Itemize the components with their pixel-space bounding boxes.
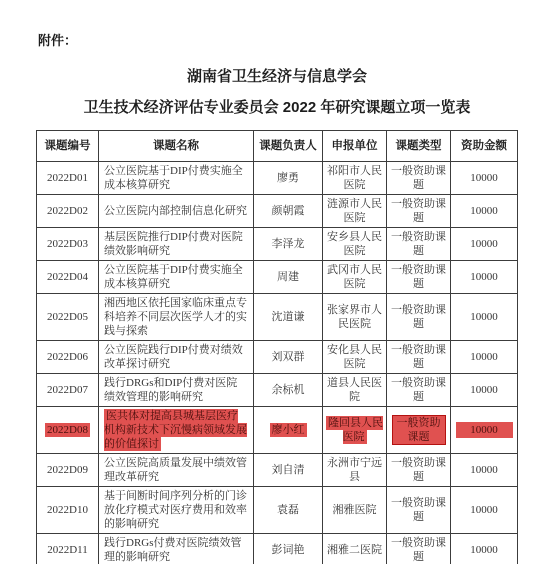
table-row: 2022D07 践行DRGs和DIP付费对医院绩效管理的影响研究 余标机 道县人… <box>37 374 518 407</box>
cell-project-leader: 颜朝霞 <box>254 195 323 228</box>
table-row: 2022D04 公立医院基于DIP付费实施全成本核算研究 周建 武冈市人民医院 … <box>37 261 518 294</box>
cell-applicant-unit: 安乡县人民医院 <box>323 228 387 261</box>
cell-applicant-unit: 安化县人民医院 <box>323 341 387 374</box>
cell-project-leader: 彭词艳 <box>254 534 323 564</box>
cell-applicant-unit: 湘雅二医院 <box>323 534 387 564</box>
cell-applicant-unit: 祁阳市人民医院 <box>323 162 387 195</box>
red-highlight: 2022D08 <box>45 423 90 437</box>
project-approval-table: 课题编号 课题名称 课题负责人 申报单位 课题类型 资助金额 2022D01 公… <box>36 130 518 564</box>
cell-applicant-unit: 武冈市人民医院 <box>323 261 387 294</box>
table-row-highlighted: 2022D08 医共体对提高县城基层医疗机构新技术下沉慢病领域发展的价值探讨 廖… <box>37 407 518 454</box>
cell-project-name: 公立医院基于DIP付费实施全成本核算研究 <box>99 162 254 195</box>
cell-applicant-unit: 张家界市人民医院 <box>323 294 387 341</box>
document-title-main: 卫生技术经济评估专业委员会 2022 年研究课题立项一览表 <box>0 96 554 117</box>
cell-project-type: 一般资助课题 <box>387 261 451 294</box>
header-project-name: 课题名称 <box>99 131 254 162</box>
red-highlight: 10000 <box>456 422 513 438</box>
cell-project-leader: 袁磊 <box>254 487 323 534</box>
cell-project-type: 一般资助课题 <box>387 374 451 407</box>
attachment-label: 附件： <box>38 30 554 49</box>
cell-project-id: 2022D05 <box>37 294 99 341</box>
cell-project-leader: 沈道谦 <box>254 294 323 341</box>
red-highlight: 隆回县人民医院 <box>326 416 383 444</box>
cell-fund-amount: 10000 <box>451 228 518 261</box>
cell-project-id: 2022D03 <box>37 228 99 261</box>
cell-project-id: 2022D07 <box>37 374 99 407</box>
cell-fund-amount: 10000 <box>451 534 518 564</box>
header-project-id: 课题编号 <box>37 131 99 162</box>
header-applicant-unit: 申报单位 <box>323 131 387 162</box>
cell-project-name: 医共体对提高县城基层医疗机构新技术下沉慢病领域发展的价值探讨 <box>99 407 254 454</box>
cell-project-type: 一般资助课题 <box>387 162 451 195</box>
cell-project-type: 一般资助课题 <box>387 228 451 261</box>
table-row: 2022D09 公立医院高质量发展中绩效管理改革研究 刘自清 永洲市宁远县 一般… <box>37 454 518 487</box>
document-title-org: 湖南省卫生经济与信息学会 <box>0 65 554 86</box>
header-fund-amount: 资助金额 <box>451 131 518 162</box>
cell-project-name: 湘西地区依托国家临床重点专科培养不同层次医学人才的实践与探索 <box>99 294 254 341</box>
cell-project-type: 一般资助课题 <box>387 407 451 454</box>
cell-fund-amount: 10000 <box>451 294 518 341</box>
cell-project-id: 2022D06 <box>37 341 99 374</box>
table-row: 2022D05 湘西地区依托国家临床重点专科培养不同层次医学人才的实践与探索 沈… <box>37 294 518 341</box>
cell-applicant-unit: 隆回县人民医院 <box>323 407 387 454</box>
cell-project-leader: 廖勇 <box>254 162 323 195</box>
cell-project-type: 一般资助课题 <box>387 294 451 341</box>
cell-project-leader: 余标机 <box>254 374 323 407</box>
cell-project-id: 2022D02 <box>37 195 99 228</box>
cell-applicant-unit: 永洲市宁远县 <box>323 454 387 487</box>
cell-project-name: 基于间断时间序列分析的门诊放化疗模式对医疗费用和效率的影响研究 <box>99 487 254 534</box>
cell-project-type: 一般资助课题 <box>387 341 451 374</box>
cell-project-id: 2022D08 <box>37 407 99 454</box>
cell-project-type: 一般资助课题 <box>387 195 451 228</box>
cell-project-leader: 刘双群 <box>254 341 323 374</box>
cell-project-leader: 廖小红 <box>254 407 323 454</box>
cell-fund-amount: 10000 <box>451 162 518 195</box>
cell-project-id: 2022D11 <box>37 534 99 564</box>
cell-project-leader: 刘自清 <box>254 454 323 487</box>
cell-fund-amount: 10000 <box>451 195 518 228</box>
cell-fund-amount: 10000 <box>451 487 518 534</box>
header-project-leader: 课题负责人 <box>254 131 323 162</box>
cell-project-id: 2022D10 <box>37 487 99 534</box>
cell-fund-amount: 10000 <box>451 454 518 487</box>
table-row: 2022D01 公立医院基于DIP付费实施全成本核算研究 廖勇 祁阳市人民医院 … <box>37 162 518 195</box>
cell-fund-amount: 10000 <box>451 374 518 407</box>
cell-project-type: 一般资助课题 <box>387 454 451 487</box>
table-header-row: 课题编号 课题名称 课题负责人 申报单位 课题类型 资助金额 <box>37 131 518 162</box>
red-highlight: 廖小红 <box>270 423 307 437</box>
cell-project-type: 一般资助课题 <box>387 487 451 534</box>
table-row: 2022D10 基于间断时间序列分析的门诊放化疗模式对医疗费用和效率的影响研究 … <box>37 487 518 534</box>
red-highlight-box: 一般资助课题 <box>392 415 446 445</box>
cell-fund-amount: 10000 <box>451 407 518 454</box>
cell-fund-amount: 10000 <box>451 341 518 374</box>
cell-project-id: 2022D01 <box>37 162 99 195</box>
cell-project-leader: 周建 <box>254 261 323 294</box>
cell-project-leader: 李泽龙 <box>254 228 323 261</box>
table-row: 2022D02 公立医院内部控制信息化研究 颜朝霞 涟源市人民医院 一般资助课题… <box>37 195 518 228</box>
cell-project-id: 2022D04 <box>37 261 99 294</box>
table-row: 2022D03 基层医院推行DIP付费对医院绩效影响研究 李泽龙 安乡县人民医院… <box>37 228 518 261</box>
red-highlight: 医共体对提高县城基层医疗机构新技术下沉慢病领域发展的价值探讨 <box>104 409 247 451</box>
cell-project-name: 公立医院践行DIP付费对绩效改革探讨研究 <box>99 341 254 374</box>
cell-project-name: 基层医院推行DIP付费对医院绩效影响研究 <box>99 228 254 261</box>
cell-project-name: 公立医院高质量发展中绩效管理改革研究 <box>99 454 254 487</box>
cell-project-type: 一般资助课题 <box>387 534 451 564</box>
cell-project-name: 践行DRGs和DIP付费对医院绩效管理的影响研究 <box>99 374 254 407</box>
cell-project-id: 2022D09 <box>37 454 99 487</box>
table-row: 2022D11 践行DRGs付费对医院绩效管理的影响研究 彭词艳 湘雅二医院 一… <box>37 534 518 564</box>
cell-fund-amount: 10000 <box>451 261 518 294</box>
table-row: 2022D06 公立医院践行DIP付费对绩效改革探讨研究 刘双群 安化县人民医院… <box>37 341 518 374</box>
header-project-type: 课题类型 <box>387 131 451 162</box>
cell-applicant-unit: 湘雅医院 <box>323 487 387 534</box>
cell-project-name: 公立医院基于DIP付费实施全成本核算研究 <box>99 261 254 294</box>
cell-project-name: 公立医院内部控制信息化研究 <box>99 195 254 228</box>
cell-project-name: 践行DRGs付费对医院绩效管理的影响研究 <box>99 534 254 564</box>
cell-applicant-unit: 道县人民医院 <box>323 374 387 407</box>
cell-applicant-unit: 涟源市人民医院 <box>323 195 387 228</box>
